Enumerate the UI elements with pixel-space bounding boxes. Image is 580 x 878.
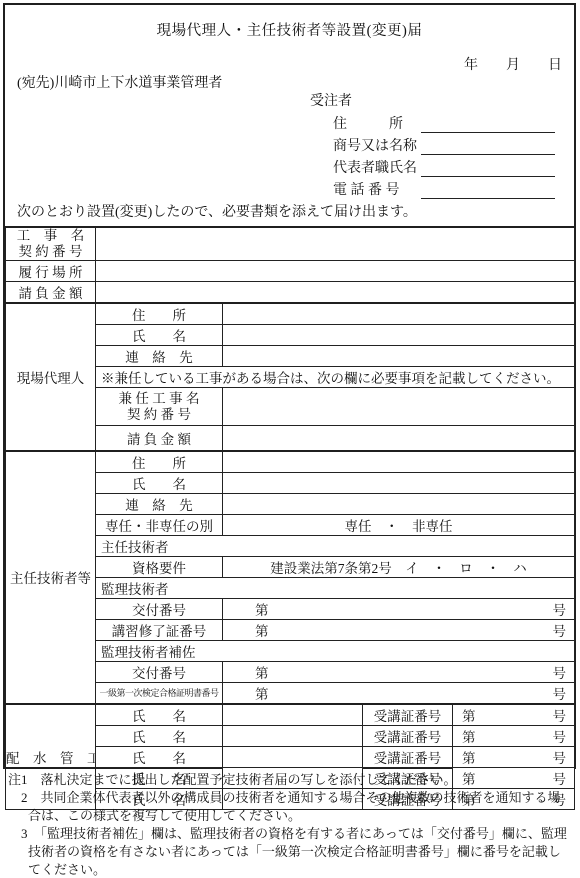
note-1: 注1 落札決定までに提出した配置予定技術者届の写しを添付してください。	[8, 771, 570, 789]
note-3: 3 「監理技術者補佐」欄は、監理技術者の資格を有する者にあっては「交付番号」欄に…	[8, 825, 570, 878]
concurrent-project-label-line2: 契 約 番 号	[96, 407, 222, 423]
contractor-heading: 受注者	[310, 93, 574, 111]
chief-engineer-section-label: 主任技術者等	[6, 451, 96, 704]
shunin-subheader: 主任技術者	[96, 535, 575, 556]
note-2: 2 共同企業体代表者以外の構成員の技術者を通知する場合その他複数の技術者を通知す…	[8, 789, 570, 825]
pipe-worker-cert-label: 受講証番号	[363, 746, 453, 767]
dedication-choice[interactable]: 専任 ・ 非専任	[223, 514, 575, 535]
site-agent-name-label: 氏 名	[96, 325, 223, 346]
concurrent-amount-label: 請 負 金 額	[96, 426, 223, 451]
site-agent-contact-input[interactable]	[223, 346, 575, 367]
no-suffix: 号	[553, 726, 567, 746]
representative-field-row: 代表者職氏名	[333, 160, 574, 177]
site-agent-section-label: 現場代理人	[6, 303, 96, 451]
hosa-issue-no-label: 交付番号	[96, 661, 223, 682]
address-field-line[interactable]	[421, 116, 555, 133]
company-field-row: 商号又は名称	[333, 138, 574, 155]
kanri-issue-no-input[interactable]: 第 号	[223, 598, 575, 619]
no-suffix: 号	[553, 747, 567, 767]
phone-field-line[interactable]	[421, 182, 555, 199]
amount-label: 請 負 金 額	[6, 282, 96, 304]
first-exam-cert-input[interactable]: 第 号	[223, 682, 575, 704]
pipe-worker-cert-input[interactable]: 第 号	[453, 725, 575, 746]
declaration-text: 次のとおり設置(変更)したので、必要書類を添えて届け出ます。	[5, 204, 574, 222]
pipe-worker-cert-label: 受講証番号	[363, 704, 453, 726]
concurrent-amount-input[interactable]	[223, 426, 575, 451]
pipe-worker-cert-input[interactable]: 第 号	[453, 746, 575, 767]
form-document: 現場代理人・主任技術者等設置(変更)届 年 月 日 (宛先)川崎市上下水道事業管…	[0, 0, 580, 878]
chief-contact-input[interactable]	[223, 493, 575, 514]
no-suffix: 号	[553, 599, 567, 619]
project-name-label: 工 事 名 契 約 番 号	[6, 227, 96, 261]
addressee-text: (宛先)川崎市上下水道事業管理者	[5, 75, 574, 93]
footer-notes: 注1 落札決定までに提出した配置予定技術者届の写しを添付してください。 2 共同…	[0, 771, 572, 878]
no-prefix: 第	[462, 726, 476, 746]
pipe-worker-cert-label: 受講証番号	[363, 725, 453, 746]
phone-field-row: 電 話 番 号	[333, 182, 574, 199]
site-agent-address-label: 住 所	[96, 303, 223, 325]
kanri-subheader: 監理技術者	[96, 577, 575, 598]
chief-address-input[interactable]	[223, 451, 575, 473]
concurrent-note: ※兼任している工事がある場合は、次の欄に必要事項を記載してください。	[96, 367, 575, 388]
no-prefix: 第	[462, 705, 476, 725]
dedication-label: 専任・非専任の別	[96, 514, 223, 535]
no-suffix: 号	[553, 620, 567, 640]
no-prefix: 第	[255, 662, 269, 682]
phone-field-label: 電 話 番 号	[333, 183, 421, 199]
representative-field-label: 代表者職氏名	[333, 161, 421, 177]
project-name-label-line1: 工 事 名	[6, 228, 95, 244]
location-label: 履 行 場 所	[6, 261, 96, 282]
concurrent-project-input[interactable]	[223, 388, 575, 426]
no-suffix: 号	[553, 683, 567, 703]
chief-name-label: 氏 名	[96, 472, 223, 493]
location-input[interactable]	[96, 261, 575, 282]
concurrent-project-label: 兼 任 工 事 名 契 約 番 号	[96, 388, 223, 426]
no-suffix: 号	[553, 662, 567, 682]
qualification-choice[interactable]: 建設業法第7条第2号 イ ・ ロ ・ ハ	[223, 556, 575, 577]
no-suffix: 号	[553, 705, 567, 725]
chief-address-label: 住 所	[96, 451, 223, 473]
date-field[interactable]: 年 月 日	[5, 57, 574, 75]
representative-field-line[interactable]	[421, 160, 555, 177]
amount-input[interactable]	[96, 282, 575, 304]
company-field-line[interactable]	[421, 138, 555, 155]
pipe-worker-name-label: 氏 名	[96, 725, 223, 746]
chief-contact-label: 連 絡 先	[96, 493, 223, 514]
site-agent-address-input[interactable]	[223, 303, 575, 325]
project-name-input[interactable]	[96, 227, 575, 261]
no-prefix: 第	[255, 683, 269, 703]
form-frame: 現場代理人・主任技術者等設置(変更)届 年 月 日 (宛先)川崎市上下水道事業管…	[3, 3, 576, 769]
chief-name-input[interactable]	[223, 472, 575, 493]
pipe-worker-name-label: 氏 名	[96, 746, 223, 767]
first-exam-cert-label: 一級第一次検定合格証明書番号	[96, 682, 223, 704]
pipe-worker-name-input[interactable]	[223, 746, 363, 767]
site-agent-name-input[interactable]	[223, 325, 575, 346]
no-prefix: 第	[255, 620, 269, 640]
course-cert-label: 講習修了証番号	[96, 619, 223, 640]
site-agent-contact-label: 連 絡 先	[96, 346, 223, 367]
pipe-worker-cert-input[interactable]: 第 号	[453, 704, 575, 726]
address-field-row: 住 所	[333, 116, 574, 133]
course-cert-input[interactable]: 第 号	[223, 619, 575, 640]
form-title: 現場代理人・主任技術者等設置(変更)届	[5, 19, 574, 40]
no-prefix: 第	[255, 599, 269, 619]
form-table: 工 事 名 契 約 番 号 履 行 場 所 請 負 金 額 現場代理人 住 所	[5, 226, 575, 810]
hosa-issue-no-input[interactable]: 第 号	[223, 661, 575, 682]
project-name-label-line2: 契 約 番 号	[6, 244, 95, 260]
pipe-worker-name-input[interactable]	[223, 704, 363, 726]
kanri-issue-no-label: 交付番号	[96, 598, 223, 619]
hosa-subheader: 監理技術者補佐	[96, 640, 575, 661]
qualification-label: 資格要件	[96, 556, 223, 577]
pipe-worker-name-label: 氏 名	[96, 704, 223, 726]
address-field-label: 住 所	[333, 117, 421, 133]
pipe-worker-name-input[interactable]	[223, 725, 363, 746]
company-field-label: 商号又は名称	[333, 139, 421, 155]
no-prefix: 第	[462, 747, 476, 767]
concurrent-project-label-line1: 兼 任 工 事 名	[96, 391, 222, 407]
